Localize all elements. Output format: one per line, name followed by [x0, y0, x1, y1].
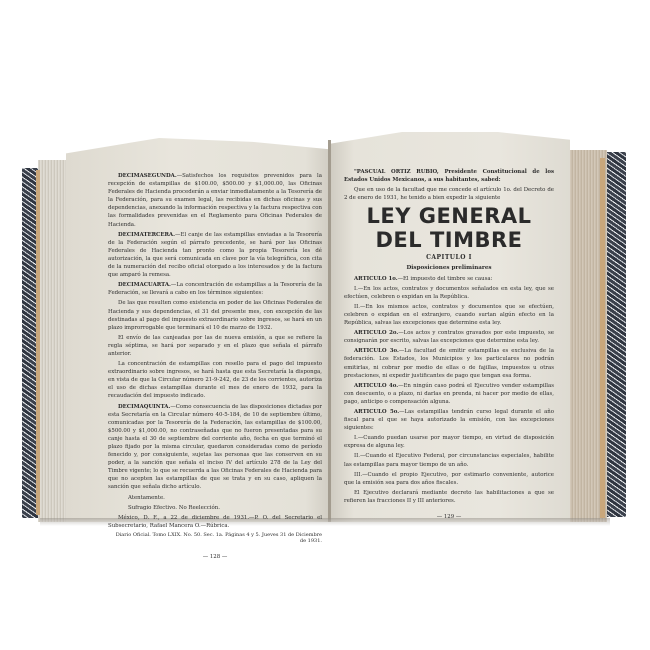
paragraph-lead: DECIMAQUINTA.	[118, 404, 170, 410]
article-fraction: II.—Cuando el Ejecutivo Federal, por cir…	[344, 452, 554, 468]
article: ARTICULO 2o.—Los actos y contratos grava…	[344, 329, 554, 345]
paragraph-lead: DECIMATERCERA.	[118, 232, 175, 238]
paragraph: DECIMAQUINTA.—Como consecuencia de las d…	[108, 403, 322, 492]
page-stack-left	[38, 160, 70, 522]
paragraph-body: —Como consecuencia de las disposiciones …	[108, 404, 322, 491]
book-gutter	[328, 140, 331, 522]
paragraph: DECIMASEGUNDA.—Satisfechos los requisito…	[108, 172, 322, 229]
section-heading: Disposiciones preliminares	[344, 264, 554, 272]
paragraph: La concentración de estampillas con rese…	[108, 360, 322, 400]
article-lead: ARTICULO 2o.	[354, 330, 398, 336]
article-closing: El Ejecutivo declarará mediante decreto …	[344, 489, 554, 505]
article-fraction: II.—En los mismos actos, contratos y doc…	[344, 303, 554, 327]
marbled-cover-right	[604, 152, 626, 517]
article-lead: ARTICULO 3o.	[354, 348, 399, 354]
page-number-left: — 128 —	[108, 553, 322, 561]
article-lead: ARTICULO 1o.	[354, 276, 398, 282]
law-title: LEY GENERAL DEL TIMBRE	[344, 204, 554, 252]
intro: Que en uso de la facultad que me concede…	[344, 186, 554, 202]
paragraph: El envío de las canjeadas por las de nue…	[108, 334, 322, 358]
paragraph-body: La concentración de estampillas con rese…	[108, 361, 322, 399]
article: ARTICULO 5o.—Las estampillas tendrán cur…	[344, 408, 554, 432]
article-body: —El impuesto del timbre se causa:	[398, 276, 493, 282]
citation: Diario Oficial. Tomo LXIX. No. 50. Sec. …	[108, 532, 322, 545]
closing-line: Atentamente.	[108, 494, 322, 502]
page-number-right: — 129 —	[344, 513, 554, 521]
article: ARTICULO 3o.—La facultad de emitir estam…	[344, 347, 554, 379]
right-page-text: "PASCUAL ORTIZ RUBIO, Presidente Constit…	[344, 168, 554, 523]
chapter-heading: CAPITULO I	[344, 254, 554, 262]
open-book-scene: DECIMASEGUNDA.—Satisfechos los requisito…	[0, 0, 650, 650]
page-edge-left	[36, 170, 40, 515]
article-fraction: I.—En los actos, contratos y documentos …	[344, 285, 554, 301]
page-edge-right	[600, 158, 605, 518]
article-lead: ARTICULO 5o.	[354, 409, 399, 415]
article: ARTICULO 4o.—En ningún caso podrá el Eje…	[344, 382, 554, 406]
closing-line: Sufragio Efectivo. No Reelección.	[108, 504, 322, 512]
article-fraction: III.—Cuando el propio Ejecutivo, por est…	[344, 471, 554, 487]
signature-line: México, D. F., a 22 de diciembre de 1931…	[108, 514, 322, 530]
paragraph-body: El envío de las canjeadas por las de nue…	[108, 335, 322, 357]
article-lead: ARTICULO 4o.	[354, 383, 398, 389]
preamble: "PASCUAL ORTIZ RUBIO, Presidente Constit…	[344, 168, 554, 184]
left-page-text: DECIMASEGUNDA.—Satisfechos los requisito…	[108, 172, 322, 563]
paragraph-body: —Satisfechos los requisitos prevenidos p…	[108, 173, 322, 228]
paragraph-lead: DECIMACUARTA.	[118, 282, 171, 288]
paragraph: DECIMATERCERA.—El canje de las estampill…	[108, 231, 322, 280]
paragraph-lead: DECIMASEGUNDA.	[118, 173, 177, 179]
paragraph-body: —El canje de las estampillas enviadas a …	[108, 232, 322, 278]
paragraph: DECIMACUARTA.—La concentración de estamp…	[108, 281, 322, 297]
paragraph: De las que resulten como existencia en p…	[108, 299, 322, 331]
article: ARTICULO 1o.—El impuesto del timbre se c…	[344, 275, 554, 283]
paragraph-body: De las que resulten como existencia en p…	[108, 300, 322, 330]
article-fraction: I.—Cuando puedan usarse por mayor tiempo…	[344, 434, 554, 450]
